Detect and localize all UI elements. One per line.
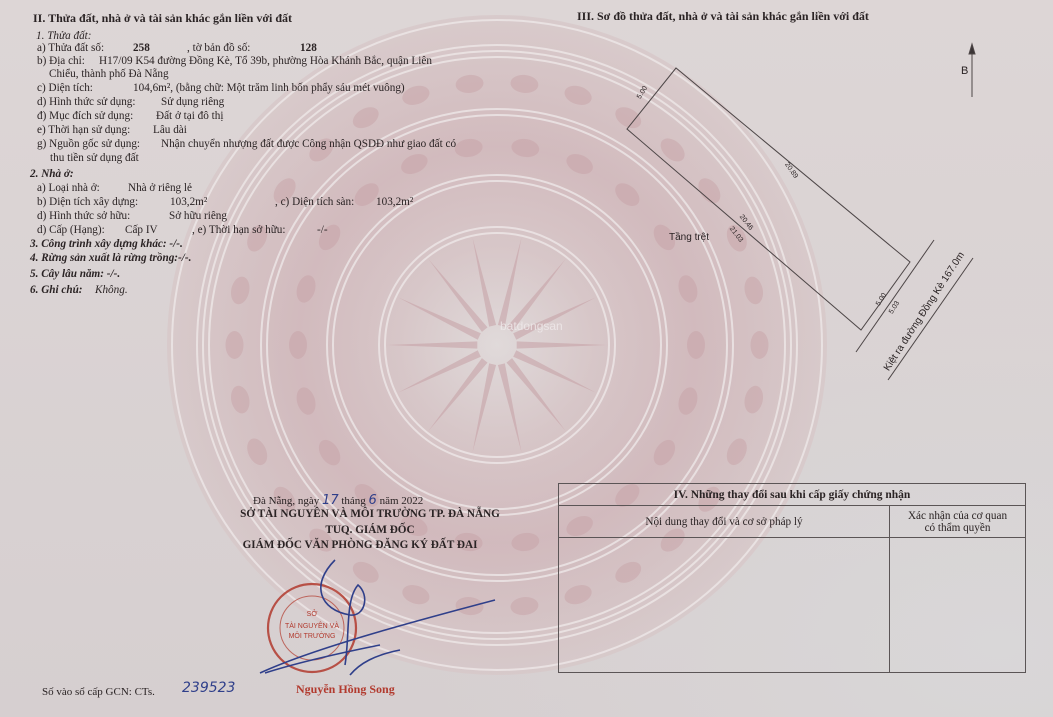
section-4-title: IV. Những thay đổi sau khi cấp giấy chứn… [559, 484, 1026, 506]
signing-title: GIÁM ĐỐC VĂN PHÒNG ĐĂNG KÝ ĐẤT ĐAI [205, 538, 515, 553]
col-authority-confirmation: Xác nhận của cơ quan có thẩm quyền [890, 506, 1026, 538]
north-label: B [961, 65, 968, 79]
floor-label: Tầng trệt [669, 231, 709, 245]
handwritten-signature [250, 555, 530, 695]
col2-line1: Xác nhận của cơ quan [890, 510, 1025, 522]
date-prefix: Đà Nẵng, ngày [253, 495, 319, 507]
change-content-cell[interactable] [559, 538, 890, 673]
changes-table: IV. Những thay đổi sau khi cấp giấy chứn… [558, 483, 1026, 673]
month-prefix: tháng [341, 495, 365, 507]
watermark: batdongsan [500, 320, 563, 334]
authority-confirmation-cell[interactable] [890, 538, 1026, 673]
date-month: 6 [369, 493, 377, 508]
date-day: 17 [322, 493, 339, 508]
signer-name: Nguyễn Hồng Song [296, 683, 395, 697]
col2-line2: có thẩm quyền [890, 522, 1025, 534]
registry-number: 239523 [182, 682, 235, 696]
col-change-content: Nội dung thay đổi và cơ sở pháp lý [559, 506, 890, 538]
signing-proxy: TUQ. GIÁM ĐỐC [215, 523, 525, 538]
registry-label: Số vào sổ cấp GCN: CTs. [42, 686, 155, 700]
signing-organization: SỞ TÀI NGUYÊN VÀ MÔI TRƯỜNG TP. ĐÀ NẴNG [215, 507, 525, 522]
date-year: năm 2022 [380, 495, 424, 507]
